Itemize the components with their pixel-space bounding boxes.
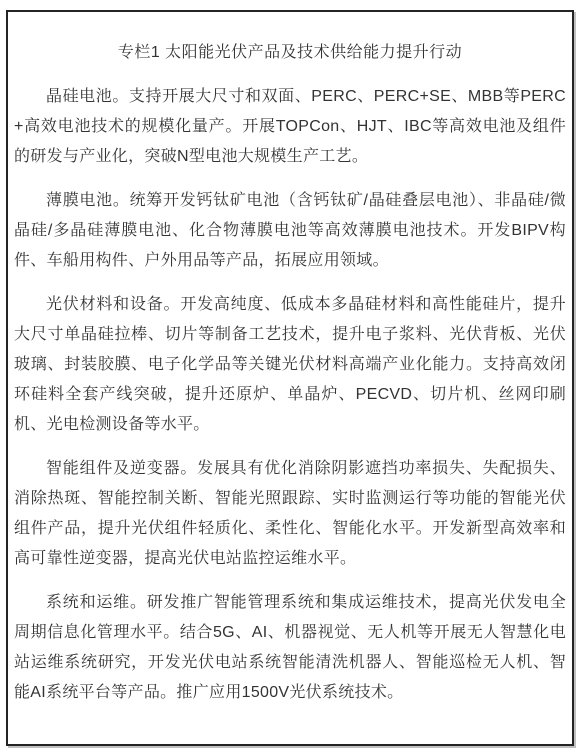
column-box: 专栏1 太阳能光伏产品及技术供给能力提升行动 晶硅电池。支持开展大尺寸和双面、P… xyxy=(6,10,574,746)
paragraph-thin-film-cells: 薄膜电池。统筹开发钙钛矿电池（含钙钛矿/晶硅叠层电池）、非晶硅/微晶硅/多晶硅薄… xyxy=(14,186,566,276)
paragraph-crystalline-silicon-cells: 晶硅电池。支持开展大尺寸和双面、PERC、PERC+SE、MBB等PERC+高效… xyxy=(14,82,566,172)
paragraph-systems-and-om: 系统和运维。研发推广智能管理系统和集成运维技术，提高光伏发电全周期信息化管理水平… xyxy=(14,588,566,708)
paragraph-smart-modules-and-inverters: 智能组件及逆变器。发展具有优化消除阴影遮挡功率损失、失配损失、消除热斑、智能控制… xyxy=(14,454,566,574)
column-title: 专栏1 太阳能光伏产品及技术供给能力提升行动 xyxy=(14,38,566,68)
document-page: 专栏1 太阳能光伏产品及技术供给能力提升行动 晶硅电池。支持开展大尺寸和双面、P… xyxy=(0,0,586,755)
paragraph-pv-materials-and-equipment: 光伏材料和设备。开发高纯度、低成本多晶硅材料和高性能硅片，提升大尺寸单晶硅拉棒、… xyxy=(14,290,566,440)
